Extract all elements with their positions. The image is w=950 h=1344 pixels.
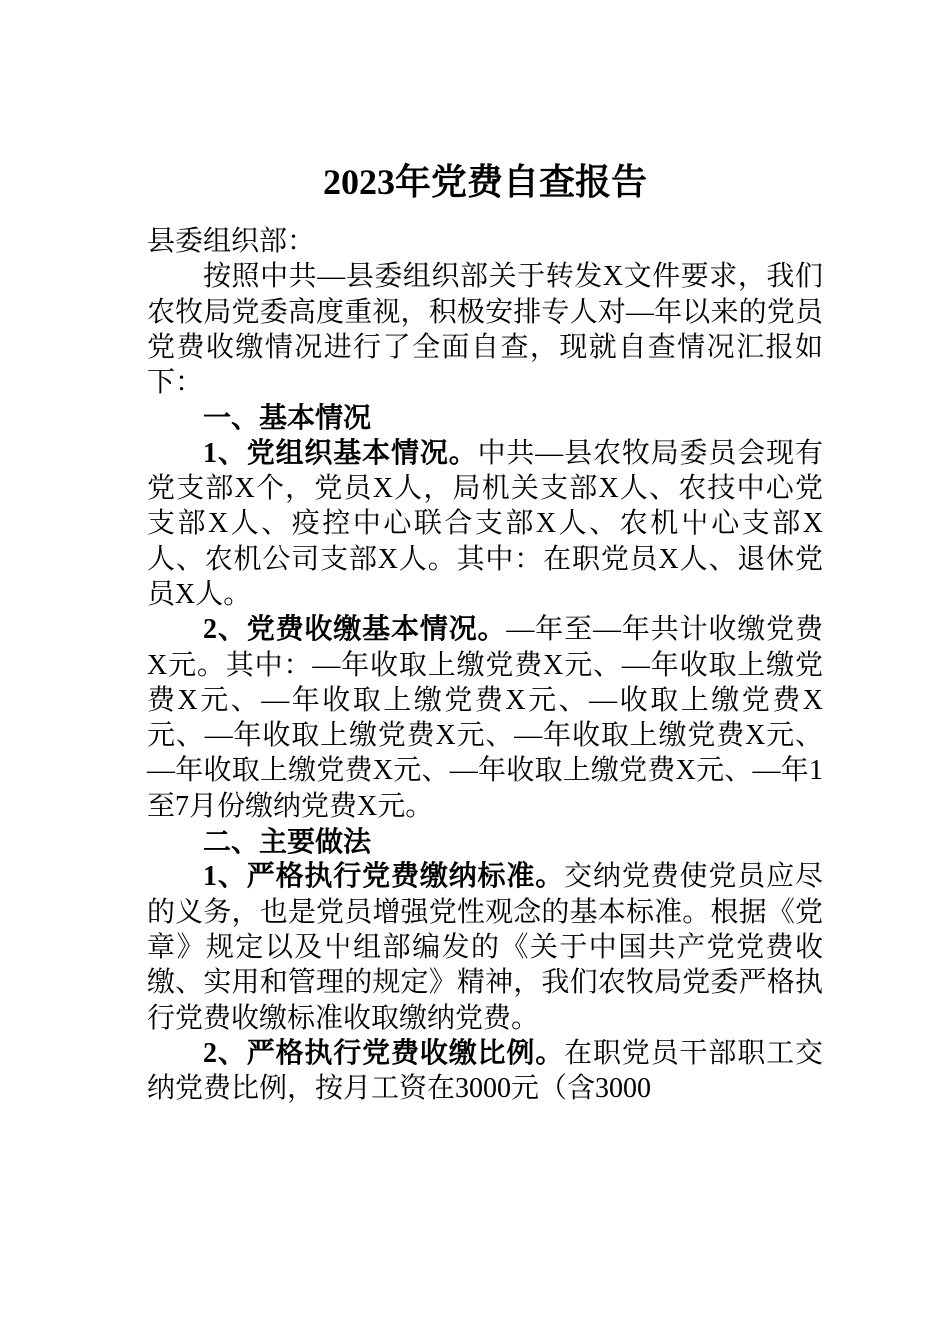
section-1-item-2-lead: 2、党费收缴基本情况。 xyxy=(203,614,506,645)
section-1-item-1-lead: 1、党组织基本情况。 xyxy=(203,438,478,469)
salutation: 县委组织部： xyxy=(147,224,823,259)
intro-paragraph: 按照中共—县委组织部关于转发X文件要求，我们农牧局党委高度重视，积极安排专人对—… xyxy=(147,259,823,400)
section-2-item-2-lead: 2、严格执行党费收缴比例。 xyxy=(203,1038,564,1069)
section-1-item-1: 1、党组织基本情况。中共—县农牧局委员会现有党支部X个，党员X人，局机关支部X人… xyxy=(147,436,823,612)
document-content: 2023年党费自查报告 县委组织部： 按照中共—县委组织部关于转发X文件要求，我… xyxy=(147,0,823,1106)
section-2-item-2: 2、严格执行党费收缴比例。在职党员干部职工交纳党费比例，按月工资在3000元（含… xyxy=(147,1036,823,1107)
section-1-heading: 一、基本情况 xyxy=(147,400,823,435)
section-1-item-2: 2、党费收缴基本情况。—年至—年共计收缴党费X元。其中：—年收取上缴党费X元、—… xyxy=(147,612,823,824)
section-2-heading: 二、主要做法 xyxy=(147,824,823,859)
section-2-item-1: 1、严格执行党费缴纳标准。交纳党费使党员应尽的义务，也是党员增强党性观念的基本标… xyxy=(147,859,823,1035)
document-page: 2023年党费自查报告 县委组织部： 按照中共—县委组织部关于转发X文件要求，我… xyxy=(0,0,950,1344)
section-2-item-1-lead: 1、严格执行党费缴纳标准。 xyxy=(203,861,564,892)
section-1-item-2-text: —年至—年共计收缴党费X元。其中：—年收取上缴党费X元、—年收取上缴党费X元、—… xyxy=(147,614,823,821)
document-title: 2023年党费自查报告 xyxy=(147,0,823,224)
